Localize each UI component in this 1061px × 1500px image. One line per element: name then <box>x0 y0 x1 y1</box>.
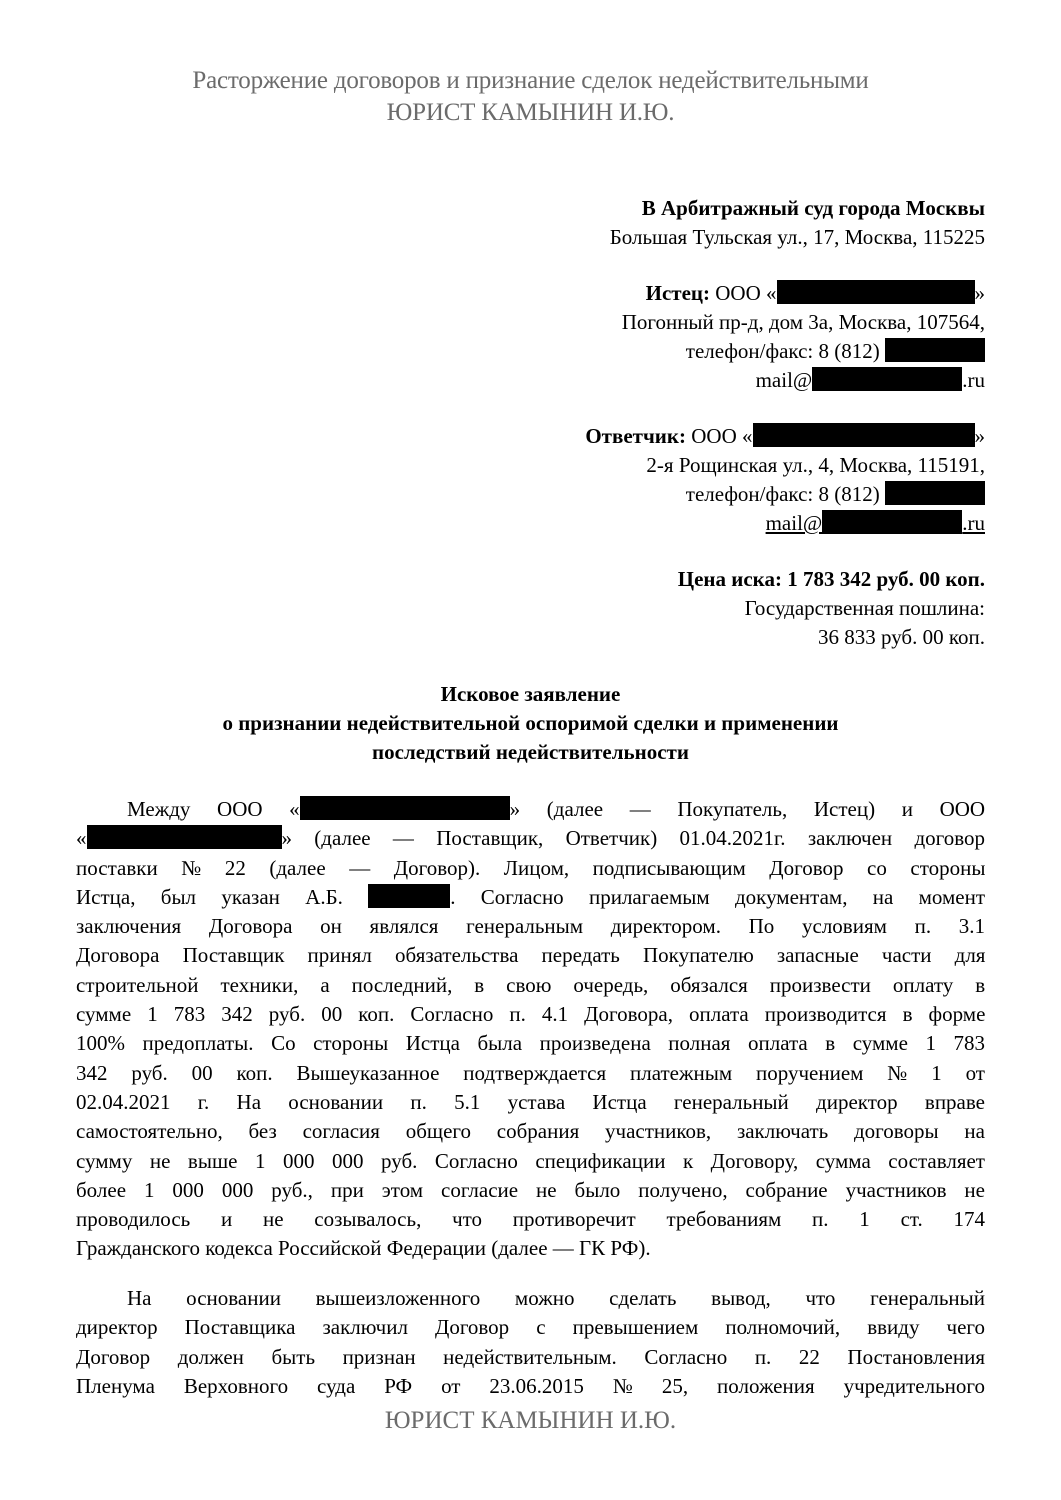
defendant-email-prefix: mail@ <box>766 511 823 535</box>
title-line-1: Исковое заявление <box>0 680 1061 709</box>
footer-author: ЮРИСТ КАМЫНИН И.Ю. <box>0 1406 1061 1436</box>
plaintiff-phone-label: телефон/факс: 8 (812) <box>686 339 880 363</box>
plaintiff-block: Истец: ООО «» Погонный пр-д, дом 3а, Мос… <box>622 279 985 395</box>
text-line: Гражданского кодекса Российской Федераци… <box>76 1234 985 1263</box>
header-title: Расторжение договоров и признание сделок… <box>0 66 1061 96</box>
defendant-block: Ответчик: ООО «» 2-я Рощинская ул., 4, М… <box>585 422 985 538</box>
claim-block: Цена иска: 1 783 342 руб. 00 коп. Госуда… <box>678 565 985 652</box>
text-line: сумме 1 783 342 руб. 00 коп. Согласно п.… <box>76 1000 985 1029</box>
text-line: «» (далее — Поставщик, Ответчик) 01.04.2… <box>76 824 985 853</box>
text-line: поставки № 22 (далее — Договор). Лицом, … <box>76 854 985 883</box>
plaintiff-org-suffix: » <box>975 281 986 305</box>
redaction-block <box>822 510 962 534</box>
redaction-block <box>885 338 985 362</box>
text-line: Между ООО «» (далее — Покупатель, Истец)… <box>76 795 985 824</box>
court-name: В Арбитражный суд города Москвы <box>610 194 985 223</box>
duty-value: 36 833 руб. 00 коп. <box>678 623 985 652</box>
defendant-org-suffix: » <box>975 424 986 448</box>
defendant-phone-label: телефон/факс: 8 (812) <box>686 482 880 506</box>
text-line: самостоятельно, без согласия общего собр… <box>76 1117 985 1146</box>
redaction-block <box>885 481 985 505</box>
plaintiff-label: Истец: <box>646 281 710 305</box>
text-line: 100% предоплаты. Со стороны Истца была п… <box>76 1029 985 1058</box>
defendant-org-prefix: ООО « <box>691 424 752 448</box>
paragraph-1: Между ООО «» (далее — Покупатель, Истец)… <box>76 795 985 1264</box>
text-line: директор Поставщика заключил Договор с п… <box>76 1313 985 1342</box>
redaction-block <box>812 367 962 391</box>
text-line: На основании вышеизложенного можно сдела… <box>76 1284 985 1313</box>
defendant-label: Ответчик: <box>585 424 686 448</box>
redaction-block <box>753 423 975 447</box>
text-line: 342 руб. 00 коп. Вышеуказанное подтвержд… <box>76 1059 985 1088</box>
header-author: ЮРИСТ КАМЫНИН И.Ю. <box>0 98 1061 128</box>
text-line: 02.04.2021 г. На основании п. 5.1 устава… <box>76 1088 985 1117</box>
defendant-email-suffix: .ru <box>962 511 985 535</box>
text-line: строительной техники, а последний, в сво… <box>76 971 985 1000</box>
text-line: проводилось и не созывалось, что противо… <box>76 1205 985 1234</box>
redaction-block <box>777 280 975 304</box>
paragraph-2: На основании вышеизложенного можно сдела… <box>76 1284 985 1401</box>
plaintiff-email-prefix: mail@ <box>756 368 813 392</box>
court-address: Большая Тульская ул., 17, Москва, 115225 <box>610 223 985 252</box>
document-title: Исковое заявление о признании недействит… <box>0 680 1061 767</box>
title-line-2: о признании недействительной оспоримой с… <box>0 709 1061 738</box>
text-line: Истца, был указан А.Б. . Согласно прилаг… <box>76 883 985 912</box>
plaintiff-email-suffix: .ru <box>962 368 985 392</box>
text-line: сумму не выше 1 000 000 руб. Согласно сп… <box>76 1147 985 1176</box>
defendant-email[interactable]: mail@.ru <box>585 509 985 538</box>
text-line: Пленума Верховного суда РФ от 23.06.2015… <box>76 1372 985 1401</box>
court-block: В Арбитражный суд города Москвы Большая … <box>610 194 985 252</box>
title-line-3: последствий недействительности <box>0 738 1061 767</box>
text-line: Договор должен быть признан недействител… <box>76 1343 985 1372</box>
defendant-address: 2-я Рощинская ул., 4, Москва, 115191, <box>585 451 985 480</box>
text-line: Договора Поставщик принял обязательства … <box>76 941 985 970</box>
claim-price: Цена иска: 1 783 342 руб. 00 коп. <box>678 565 985 594</box>
plaintiff-address: Погонный пр-д, дом 3а, Москва, 107564, <box>622 308 985 337</box>
text-line: более 1 000 000 руб., при этом согласие … <box>76 1176 985 1205</box>
plaintiff-org-prefix: ООО « <box>715 281 776 305</box>
duty-label: Государственная пошлина: <box>678 594 985 623</box>
text-line: заключения Договора он являлся генеральн… <box>76 912 985 941</box>
